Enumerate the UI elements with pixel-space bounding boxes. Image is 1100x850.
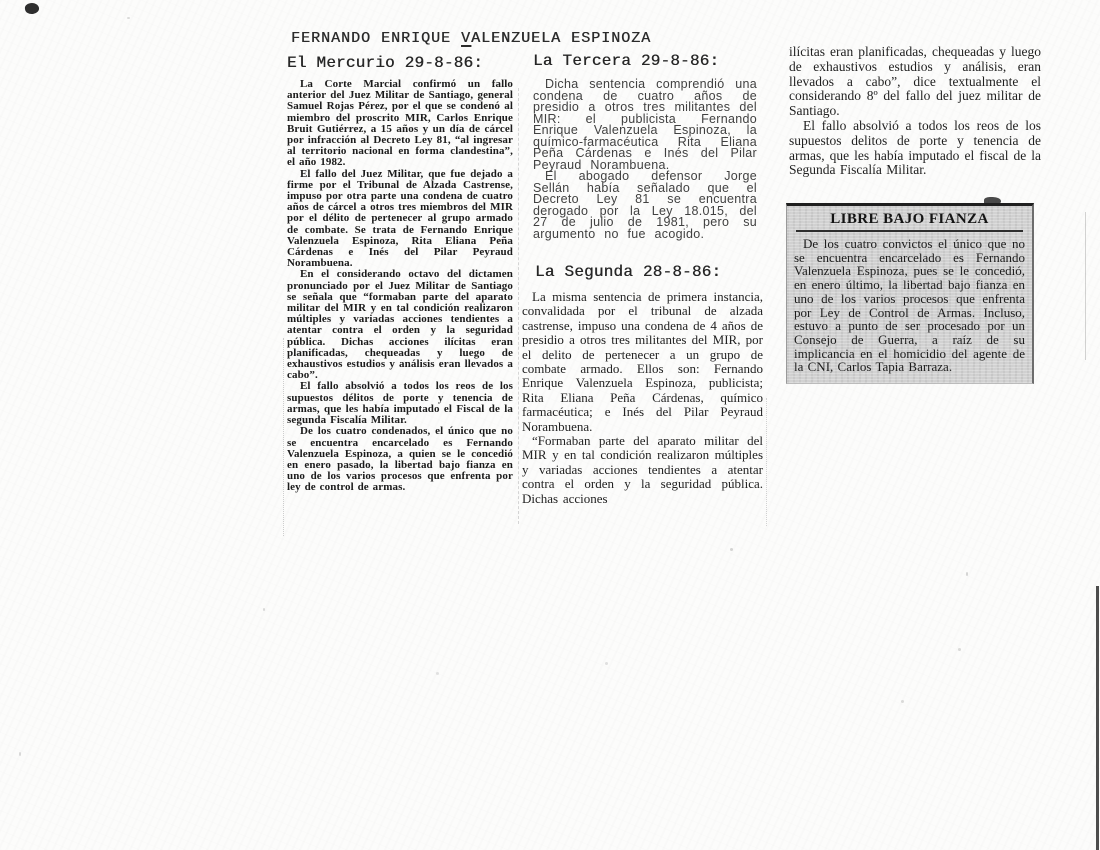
article-la-segunda-continuation: ilícitas eran planificadas, chequeadas y…: [789, 45, 1041, 178]
article-header-la-segunda: La Segunda 28-8-86:: [522, 263, 763, 281]
scan-speck: [263, 608, 265, 611]
article-header-la-tercera: La Tercera 29-8-86:: [533, 52, 757, 70]
paragraph: La Corte Marcial confirmó un fallo anter…: [287, 79, 513, 169]
column-separator-artifact: [1085, 212, 1086, 360]
scan-speck: [605, 662, 608, 665]
paragraph: El fallo del Juez Militar, que fue dejad…: [287, 169, 513, 270]
paragraph: El fallo absolvió a todos los reos de lo…: [287, 381, 513, 426]
page-title-text: FERNANDO ENRIQUE: [291, 30, 461, 47]
scanned-press-clippings-page: FERNANDO ENRIQUE VALENZUELA ESPINOZA El …: [0, 0, 1100, 850]
scan-speck: [958, 648, 961, 651]
article-header-el-mercurio: El Mercurio 29-8-86:: [287, 54, 513, 72]
article-body-la-segunda: La misma sentencia de primera instancia,…: [522, 290, 763, 506]
paragraph: En el considerando octavo del dictamen p…: [287, 269, 513, 381]
paragraph: De los cuatro convictos el único que no …: [794, 237, 1025, 374]
fianza-box-title-rule: [796, 230, 1023, 232]
paragraph: El abogado defensor Jorge Sellán había s…: [533, 171, 757, 240]
paragraph: El fallo absolvió a todos los reos de lo…: [789, 119, 1041, 178]
article-body-continuation: ilícitas eran planificadas, chequeadas y…: [789, 45, 1041, 178]
paragraph: De los cuatro condenados, el único que n…: [287, 426, 513, 493]
article-body-la-tercera: Dicha sentencia comprendió una condena d…: [533, 79, 757, 240]
article-el-mercurio: El Mercurio 29-8-86: La Corte Marcial co…: [287, 54, 513, 494]
paragraph: La misma sentencia de primera instancia,…: [522, 290, 763, 434]
page-title-underlined-letter: V: [461, 30, 471, 47]
scan-speck: [966, 572, 968, 576]
scan-speck: [127, 17, 130, 19]
paragraph: Dicha sentencia comprendió una condena d…: [533, 79, 757, 171]
article-la-segunda: La Segunda 28-8-86: La misma sentencia d…: [522, 263, 763, 506]
paragraph: ilícitas eran planificadas, chequeadas y…: [789, 45, 1041, 119]
column-separator-artifact: [766, 398, 767, 526]
column-separator-artifact: [283, 338, 284, 536]
page-title-text: ALENZUELA ESPINOZA: [471, 30, 651, 47]
page-edge-scan-strip: [1096, 586, 1099, 850]
fianza-box-title: LIBRE BAJO FIANZA: [794, 211, 1025, 228]
column-separator-artifact: [518, 88, 519, 524]
scan-speck: [730, 548, 733, 551]
libre-bajo-fianza-box: LIBRE BAJO FIANZA De los cuatro convicto…: [786, 203, 1034, 384]
article-body-el-mercurio: La Corte Marcial confirmó un fallo anter…: [287, 79, 513, 494]
scan-speck: [901, 700, 904, 703]
scan-ink-blob: [24, 2, 39, 15]
paragraph: “Formaban parte del aparato militar del …: [522, 434, 763, 506]
scan-speck: [436, 672, 439, 675]
scan-speck: [19, 752, 21, 756]
article-la-tercera: La Tercera 29-8-86: Dicha sentencia comp…: [533, 52, 757, 240]
page-title: FERNANDO ENRIQUE VALENZUELA ESPINOZA: [291, 30, 691, 47]
